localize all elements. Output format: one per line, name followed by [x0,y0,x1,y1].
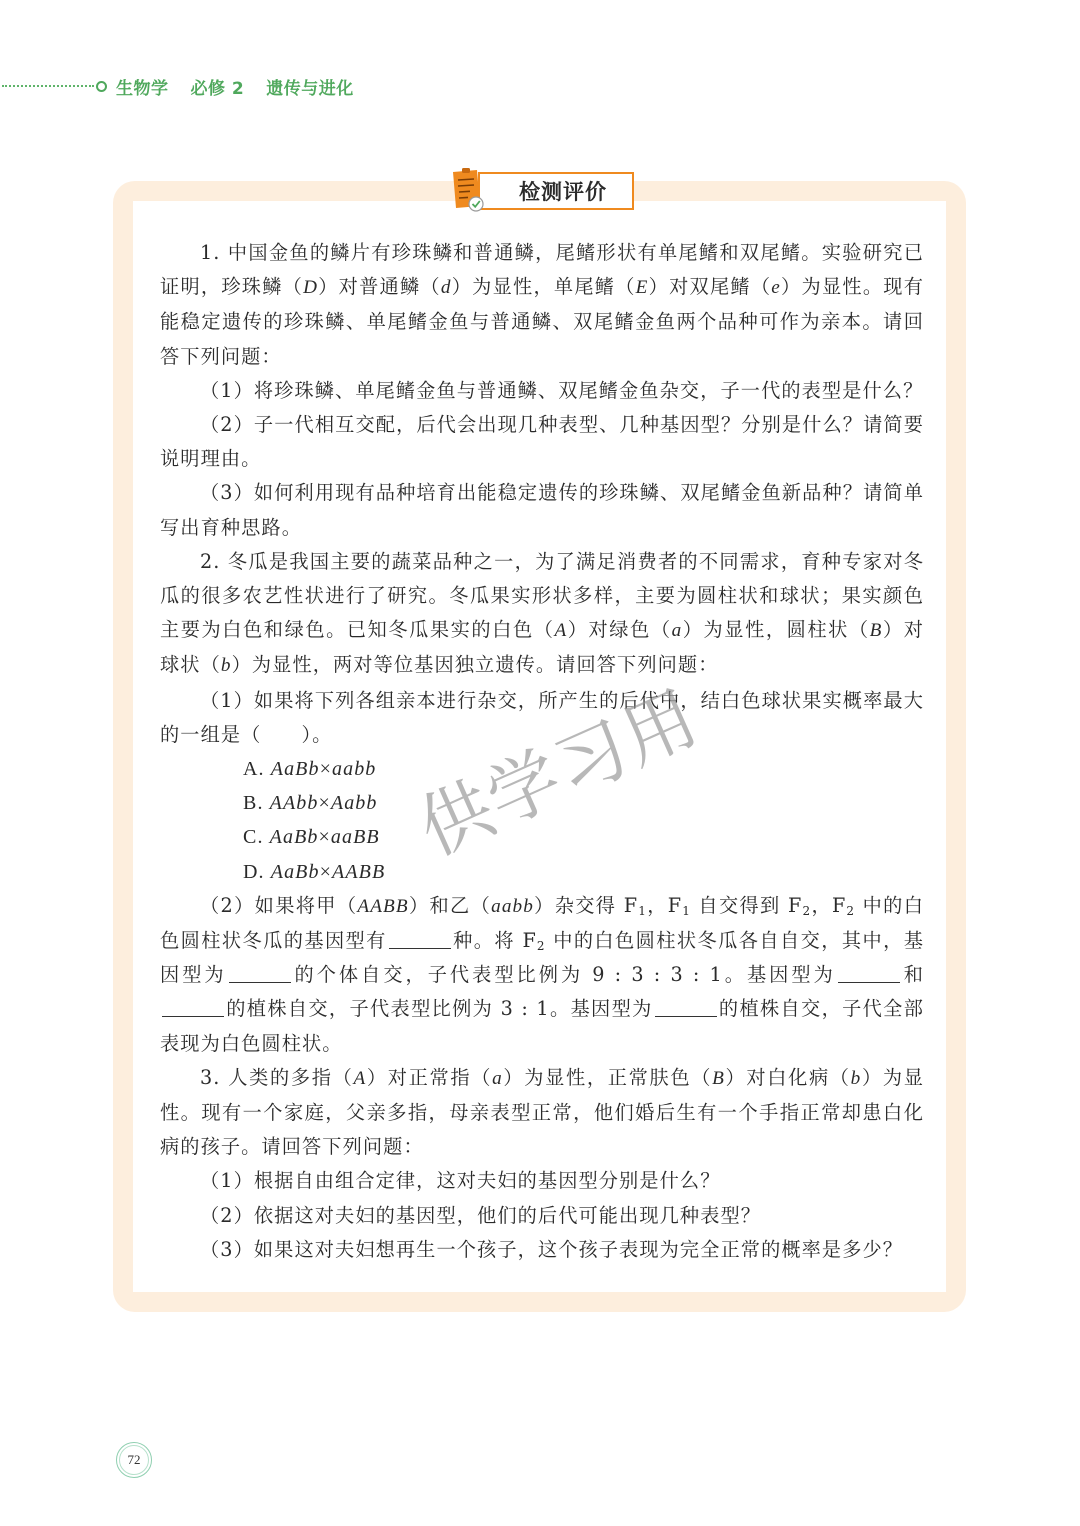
section-title: 检测评价 [519,176,607,206]
fill-blank-3[interactable] [838,962,900,983]
clipboard-check-icon [450,168,484,212]
choice-option-d[interactable]: D. AaBb×AABB [160,855,924,889]
page-number-badge: 72 [116,1442,152,1478]
fill-blank-4[interactable] [162,996,224,1017]
running-header: 生物学 必修 2 遗传与进化 [0,72,420,100]
header-book: 遗传与进化 [266,74,354,99]
question-2-part-2: （2）如果将甲（AABB）和乙（aabb）杂交得 F1，F1 自交得到 F2，F… [160,889,924,1061]
section-title-tag: 检测评价 [448,168,632,212]
question-1-part-3: （3）如何利用现有品种培育出能稳定遗传的珍珠鳞、双尾鳍金鱼新品种？请简单写出育种… [160,476,924,544]
fill-blank-1[interactable] [389,928,451,949]
circle-bullet-icon [96,81,107,92]
section-title-box: 检测评价 [478,172,634,210]
question-1-part-2: （2）子一代相互交配，后代会出现几种表型、几种基因型？分别是什么？请简要说明理由… [160,408,924,476]
fill-blank-5[interactable] [655,996,717,1017]
fill-blank-2[interactable] [229,962,291,983]
question-2-stem: 2. 冬瓜是我国主要的蔬菜品种之一，为了满足消费者的不同需求，育种专家对冬瓜的很… [160,545,924,684]
exercise-content: 1. 中国金鱼的鳞片有珍珠鳞和普通鳞，尾鳍形状有单尾鳍和双尾鳍。实验研究已证明，… [160,236,924,1267]
question-3-stem: 3. 人类的多指（A）对正常指（a）为显性，正常肤色（B）对白化病（b）为显性。… [160,1061,924,1165]
choice-option-a[interactable]: A. AaBb×aabb [160,752,924,786]
choice-option-b[interactable]: B. AAbb×Aabb [160,786,924,820]
question-3-part-3: （3）如果这对夫妇想再生一个孩子，这个孩子表现为完全正常的概率是多少？ [160,1233,924,1267]
header-subject: 生物学 [116,74,169,99]
question-1-stem: 1. 中国金鱼的鳞片有珍珠鳞和普通鳞，尾鳍形状有单尾鳍和双尾鳍。实验研究已证明，… [160,236,924,374]
question-2-part-1: （1）如果将下列各组亲本进行杂交，所产生的后代中，结白色球状果实概率最大的一组是… [160,684,924,752]
question-3-part-2: （2）依据这对夫妇的基因型，他们的后代可能出现几种表型？ [160,1199,924,1233]
header-volume: 必修 2 [191,74,245,99]
question-1-part-1: （1）将珍珠鳞、单尾鳍金鱼与普通鳞、双尾鳍金鱼杂交，子一代的表型是什么？ [160,374,924,408]
choice-option-c[interactable]: C. AaBb×aaBB [160,820,924,854]
page-number: 72 [119,1445,149,1475]
dotted-rule [2,85,94,87]
question-3-part-1: （1）根据自由组合定律，这对夫妇的基因型分别是什么？ [160,1164,924,1198]
